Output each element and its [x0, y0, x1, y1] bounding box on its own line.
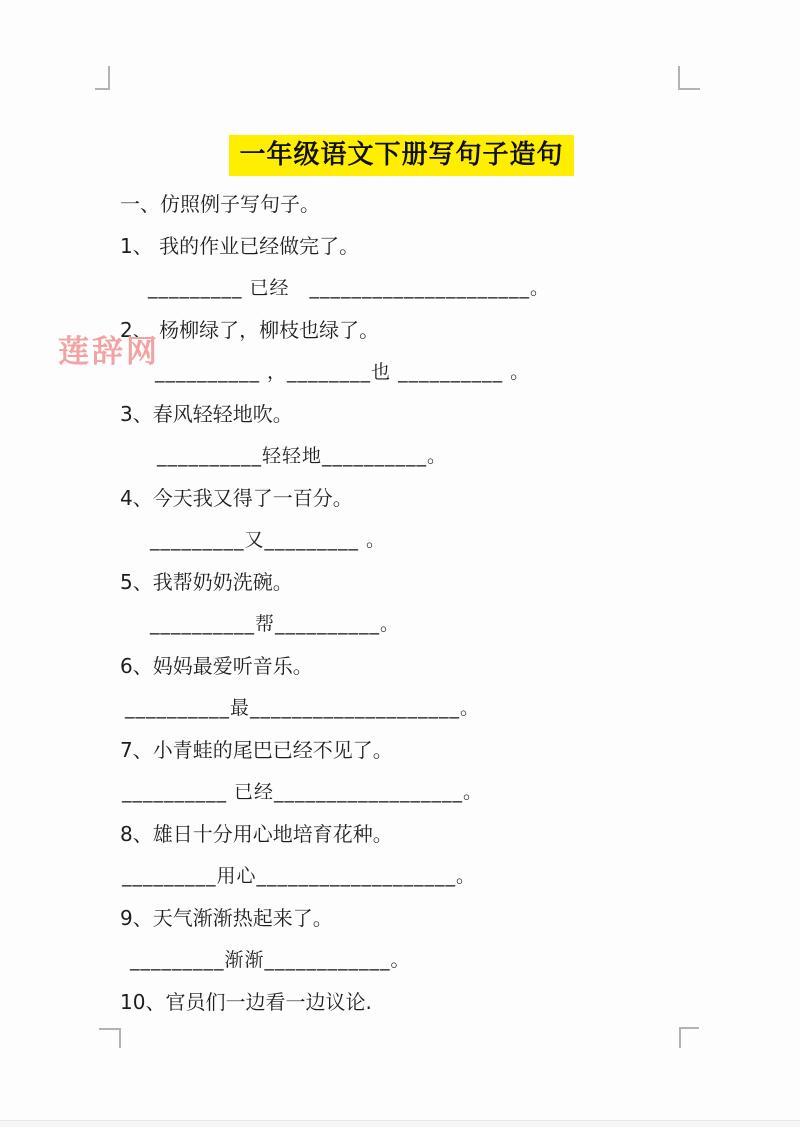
- question-3-text: 3、春风轻轻地吹。: [120, 402, 683, 426]
- crop-mark-bottom-right-icon: [679, 1027, 699, 1048]
- question-4-text: 4、今天我又得了一百分。: [120, 486, 683, 510]
- question-2-blank-line: __________ ，________也 __________ 。: [155, 360, 683, 384]
- question-8-text: 8、雄日十分用心地培育花种。: [120, 822, 683, 846]
- question-4-blank-line: _________又_________ 。: [150, 528, 683, 552]
- question-9-text: 9、天气渐渐热起来了。: [120, 906, 683, 930]
- crop-mark-bottom-left-icon: [99, 1028, 121, 1048]
- section-heading: 一、仿照例子写句子。: [120, 192, 683, 216]
- watermark: 莲辞网: [58, 326, 160, 371]
- question-2-text: 2、 杨柳绿了，柳枝也绿了。: [120, 318, 683, 342]
- question-6-blank-line: __________最____________________。: [125, 696, 683, 720]
- question-9-blank-line: _________渐渐____________。: [130, 948, 683, 972]
- question-5-text: 5、我帮奶奶洗碗。: [120, 570, 683, 594]
- crop-mark-top-right-icon: [678, 66, 700, 90]
- question-7-blank-line: __________ 已经__________________。: [122, 780, 683, 804]
- question-1-text: 1、 我的作业已经做完了。: [120, 234, 683, 258]
- crop-mark-top-left-icon: [95, 66, 110, 90]
- question-7-text: 7、小青蛙的尾巴已经不见了。: [120, 738, 683, 762]
- question-5-blank-line: __________帮__________。: [150, 612, 683, 636]
- question-10-text: 10、官员们一边看一边议论.: [120, 990, 683, 1014]
- worksheet-page: 莲辞网 一年级语文下册写句子造句 一、仿照例子写句子。 1、 我的作业已经做完了…: [0, 0, 800, 1127]
- question-1-blank-line: _________ 已经 _____________________。: [148, 276, 683, 300]
- question-6-text: 6、妈妈最爱听音乐。: [120, 654, 683, 678]
- page-title: 一年级语文下册写句子造句: [229, 135, 573, 176]
- question-8-blank-line: _________用心___________________。: [122, 864, 683, 888]
- title-row: 一年级语文下册写句子造句: [120, 133, 683, 176]
- page-bottom-edge: [0, 1120, 800, 1127]
- worksheet-content: 一年级语文下册写句子造句 一、仿照例子写句子。 1、 我的作业已经做完了。 __…: [120, 133, 683, 1014]
- question-3-blank-line: __________轻轻地__________。: [157, 444, 683, 468]
